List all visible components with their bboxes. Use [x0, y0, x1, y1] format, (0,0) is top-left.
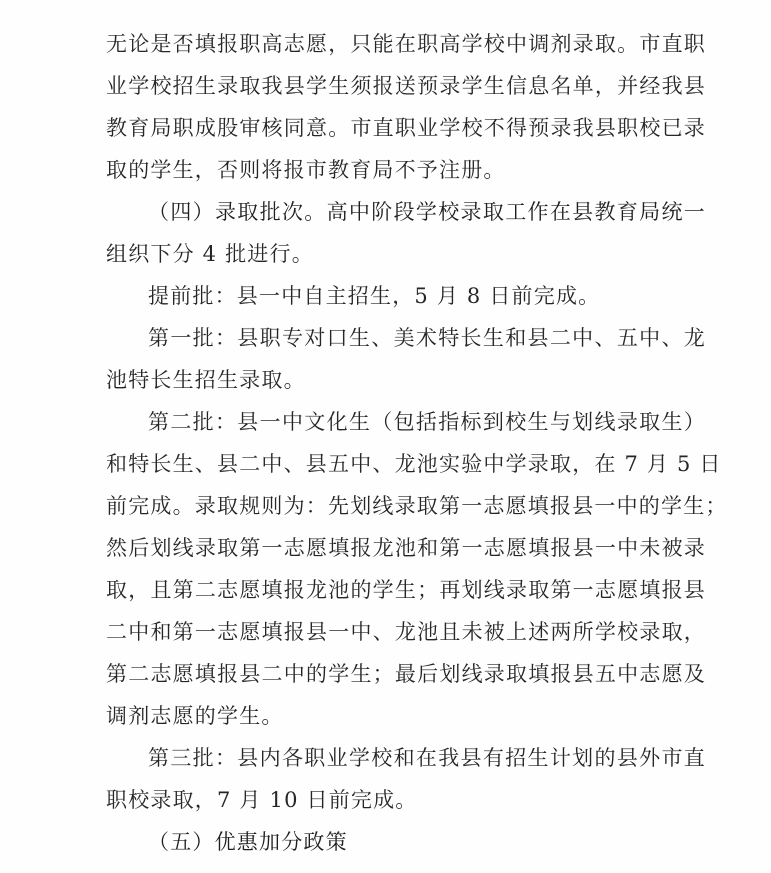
batch-second-line: 第二批：县一中文化生（包括指标到校生与划线录取生） [148, 407, 706, 437]
paragraph-line: 业学校招生录取我县学生须报送预录学生信息名单，并经我县 [106, 71, 706, 101]
paragraph-line: 池特长生招生录取。 [106, 365, 706, 395]
paragraph-line: 然后划线录取第一志愿填报龙池和第一志愿填报县一中未被录 [106, 533, 706, 563]
paragraph-line: 无论是否填报职高志愿，只能在职高学校中调剂录取。市直职 [106, 29, 706, 59]
batch-early-line: 提前批：县一中自主招生，5 月 8 日前完成。 [148, 281, 706, 311]
section-heading-bonus: （五）优惠加分政策 [148, 827, 706, 857]
paragraph-line: 取的学生，否则将报市教育局不予注册。 [106, 155, 706, 185]
paragraph-line: 和特长生、县二中、县五中、龙池实验中学录取，在 7 月 5 日 [106, 449, 706, 479]
paragraph-line: 教育局职成股审核同意。市直职业学校不得预录我县职校已录 [106, 113, 706, 143]
paragraph-line: 第二志愿填报县二中的学生；最后划线录取填报县五中志愿及 [106, 659, 706, 689]
document-page: 无论是否填报职高志愿，只能在职高学校中调剂录取。市直职 业学校招生录取我县学生须… [0, 0, 771, 873]
paragraph-line: 前完成。录取规则为：先划线录取第一志愿填报县一中的学生； [106, 491, 706, 521]
paragraph-line: 二中和第一志愿填报县一中、龙池且未被上述两所学校录取， [106, 617, 706, 647]
batch-third-line: 第三批：县内各职业学校和在我县有招生计划的县外市直 [148, 743, 706, 773]
section-heading-batches: （四）录取批次。高中阶段学校录取工作在县教育局统一 [148, 197, 706, 227]
batch-first-line: 第一批：县职专对口生、美术特长生和县二中、五中、龙 [148, 323, 706, 353]
paragraph-line: 取，且第二志愿填报龙池的学生；再划线录取第一志愿填报县 [106, 575, 706, 605]
paragraph-line: 组织下分 4 批进行。 [106, 239, 706, 269]
paragraph-line: 职校录取，7 月 10 日前完成。 [106, 785, 706, 815]
paragraph-line: 调剂志愿的学生。 [106, 701, 706, 731]
